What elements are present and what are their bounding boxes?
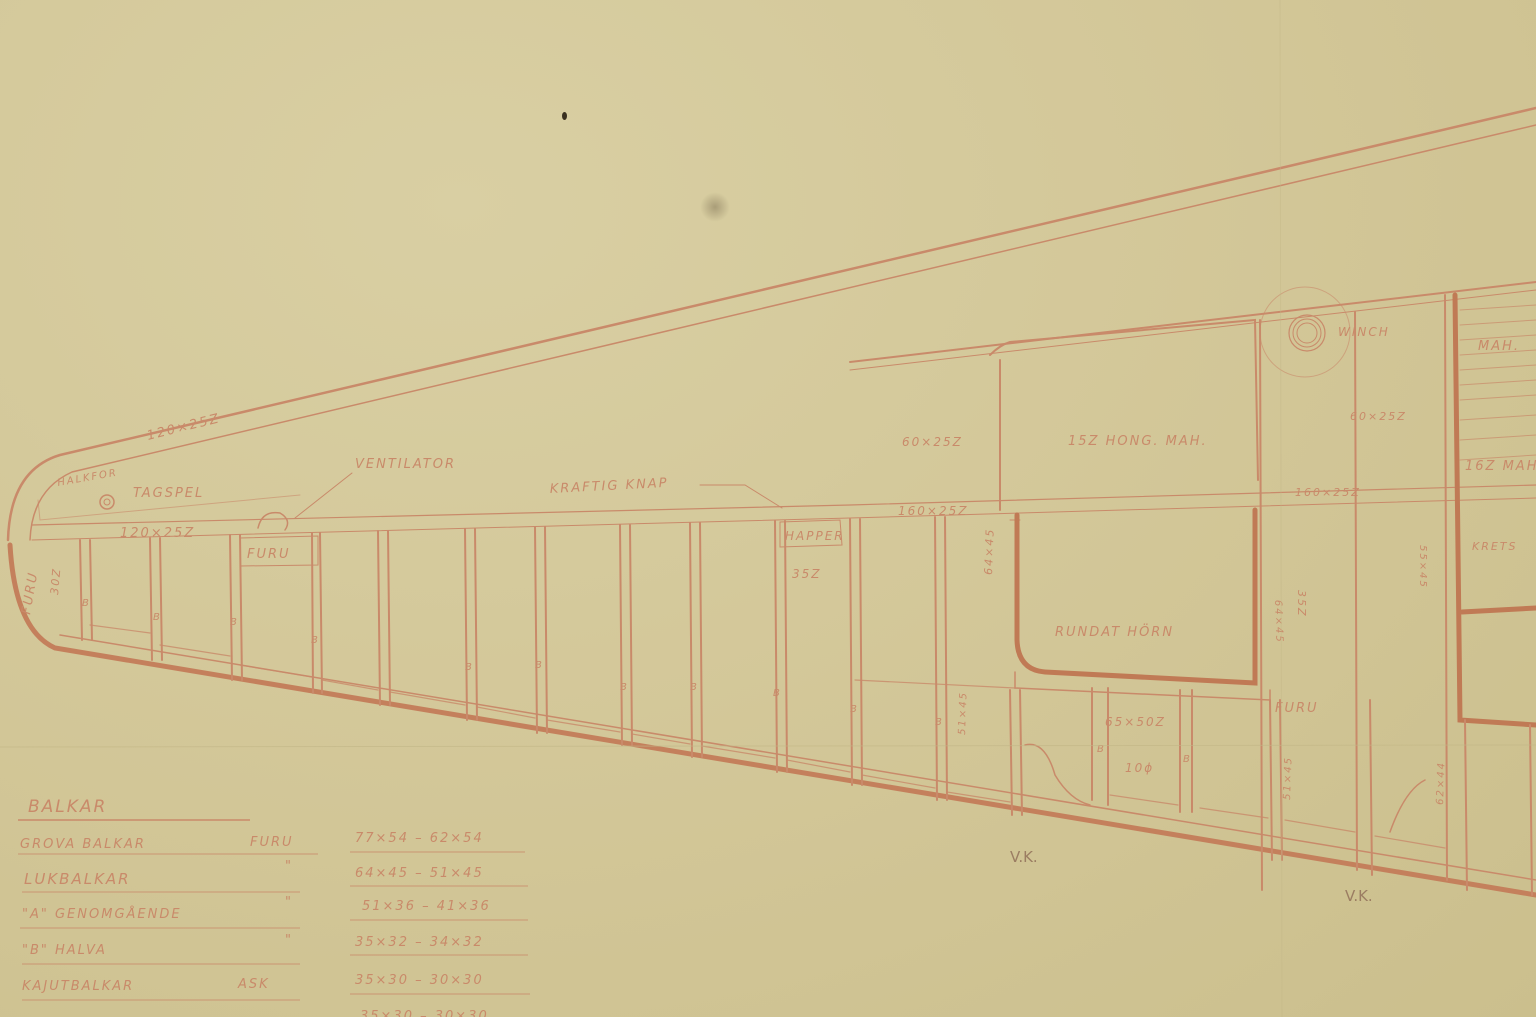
- legend-balkar: BALKAR GROVA BALKAR FURU 77×54 – 62×54 L…: [18, 797, 530, 1017]
- label-vert-62: 62×44: [1435, 761, 1448, 805]
- frame-mark: B: [230, 617, 239, 628]
- legend-row-material: ": [285, 859, 293, 874]
- label-furu-hatch: FURU: [247, 547, 291, 562]
- hull-drawing: 120×25Z HALKFOR TAGSPEL 120×25Z VENTILAT…: [0, 0, 1536, 1017]
- label-tagbrygga-dim: 65×50Z: [1105, 715, 1166, 729]
- label-kraftig-knap: KRAFTIG KNAP: [549, 476, 669, 497]
- legend-row-name: "B" HALVA: [22, 943, 107, 958]
- label-rundat-horn: RUNDAT HÖRN: [1055, 623, 1174, 640]
- frame-mark: B: [935, 717, 944, 728]
- label-vk-1: V.K.: [1010, 848, 1038, 866]
- frame-mark: B: [1183, 754, 1192, 765]
- label-30z: 30Z: [48, 567, 63, 596]
- label-vert-51b: 51×45: [1282, 756, 1295, 800]
- label-house-side-dim: 60×25Z: [902, 435, 963, 449]
- cabin-outline: [1017, 510, 1255, 683]
- label-hawse: HALKFOR: [57, 468, 119, 489]
- frame-mark: B: [690, 682, 699, 693]
- frame-mark: B: [465, 662, 474, 673]
- hull-outer-top: [8, 108, 1536, 540]
- label-vert-55: 55×45: [1417, 545, 1428, 589]
- label-krets: KRETS: [1472, 540, 1518, 553]
- legend-title: BALKAR: [28, 797, 107, 817]
- label-towing: TAGSPEL: [133, 486, 204, 501]
- label-right-vert2: 35Z: [1295, 590, 1308, 618]
- label-mah: MAH.: [1478, 339, 1520, 354]
- label-house-beam-dim: 160×25Z: [898, 504, 968, 518]
- frame-mark: B: [153, 612, 162, 623]
- frame-mark: B: [850, 704, 859, 715]
- legend-row-name: GROVA BALKAR: [20, 837, 146, 852]
- label-35z: 35Z: [792, 567, 822, 581]
- label-winch-dim: 60×25Z: [1350, 410, 1407, 423]
- legend-row-material: FURU: [250, 835, 294, 850]
- frame-mark: B: [773, 688, 782, 699]
- label-vert-51a: 51×45: [957, 691, 970, 735]
- label-furu-bow: FURU: [19, 570, 41, 615]
- label-house-mah: 15Z HONG. MAH.: [1068, 434, 1208, 449]
- legend-row-dims: 51×36 – 41×36: [362, 899, 491, 914]
- frame-mark: B: [311, 635, 320, 646]
- legend-row-name: KAJUTBALKAR: [22, 979, 134, 994]
- label-happer: HAPPER: [785, 529, 845, 543]
- label-winch: WINCH: [1338, 325, 1390, 339]
- legend-row-dims: 77×54 – 62×54: [355, 831, 484, 846]
- label-vk-2: V.K.: [1345, 887, 1373, 905]
- legend-row-dims: 35×32 – 34×32: [355, 935, 484, 950]
- legend-row-material: ": [285, 895, 293, 910]
- legend-row-name: LUKBALKAR: [24, 870, 131, 888]
- legend-row-material: ": [285, 933, 293, 948]
- legend-row-name: "A" GENOMGÅENDE: [22, 906, 182, 922]
- legend-row-dims: 64×45 – 51×45: [355, 866, 484, 881]
- legend-row-dims: 35×30 – 30×30: [355, 973, 484, 988]
- label-ventilator: VENTILATOR: [355, 457, 456, 472]
- label-right-vert: 64×45: [1272, 600, 1285, 644]
- frame-mark: B: [535, 660, 544, 671]
- label-mah2: 16Z MAH.: [1465, 459, 1536, 474]
- frame-mark: B: [82, 598, 91, 609]
- legend-row-dims: 35×30 – 30×30: [360, 1009, 489, 1017]
- legend-row-material: ASK: [237, 977, 270, 992]
- label-inner-edge-dim: 120×25Z: [120, 526, 195, 541]
- label-house-vert-dim: 64×45: [982, 527, 997, 575]
- label-pillar: 10ϕ: [1125, 761, 1154, 775]
- hull-outer-top-inner: [30, 125, 1536, 540]
- frame-mark: B: [620, 682, 629, 693]
- label-winch-beam-dim: 160×25Z: [1295, 486, 1361, 499]
